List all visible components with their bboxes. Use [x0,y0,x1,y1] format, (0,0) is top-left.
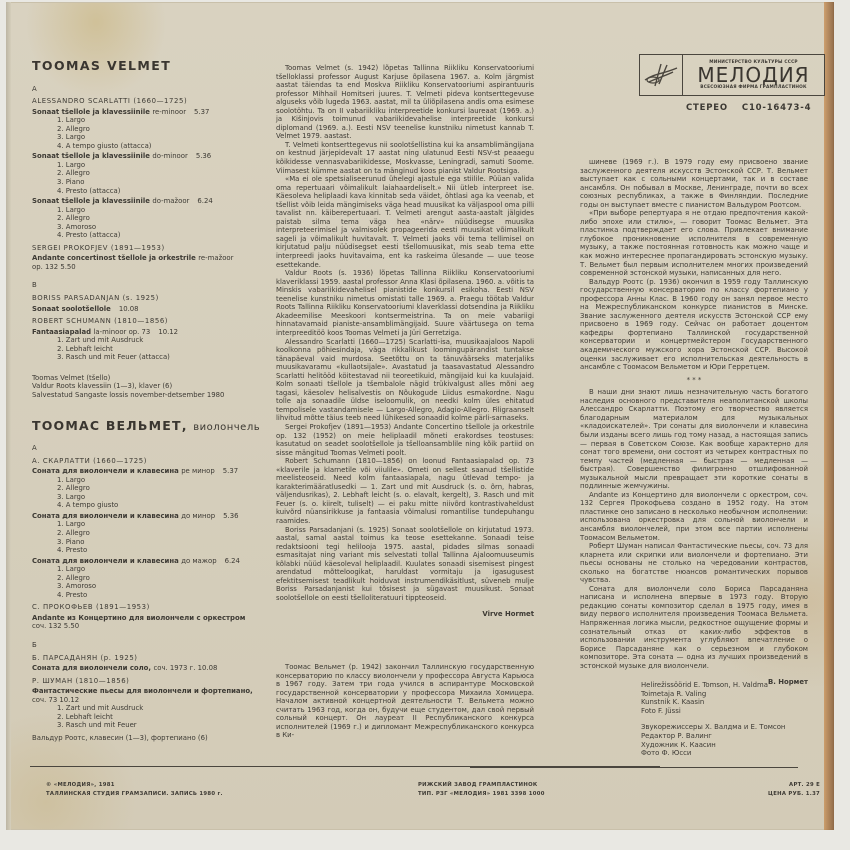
work-duration: 5.36 [196,152,211,160]
work-duration: 5.36 [223,512,238,520]
tech-credit: Редактор Р. Валинг [641,732,785,741]
movement-list: 1. Largo2. Allegro3. Largo4. A tempo giu… [57,116,272,150]
tech-credit: Художник К. Каасин [641,741,785,750]
notes-paragraph: Toomas Velmet (s. 1942) lõpetas Tallinna… [276,64,534,141]
production-credits: Helirežissöörid E. Tomson, H. ValdmaToim… [641,681,785,766]
liner-notes-estonian: Toomas Velmet (s. 1942) lõpetas Tallinna… [276,64,534,740]
movement: 1. Largo [57,161,272,170]
estonian-title: TOOMAS VELMET [32,62,272,71]
composer-scarlatti-ru: А. СКАРЛАТТИ (1660—1725) [32,457,272,466]
footer-plant: РИЖСКИЙ ЗАВОД ГРАМПЛАСТИНОКТИП. РЗГ «МЕЛ… [418,781,545,799]
footer-divider-right [470,767,798,768]
work-name: Sonaat tšellole ja klavessiinile [32,152,152,160]
estonian-scarlatti-works: Sonaat tšellole ja klavessiinile re-mino… [32,108,272,240]
work-key: do-mažoor [152,197,189,205]
work-key: do-minoor [152,152,187,160]
composer-parsadanjan-ru: Б. ПАРСАДАНЯН (р. 1925) [32,654,272,663]
movement: 1. Largo [57,520,272,529]
sleeve-left-edge [6,2,11,830]
movement: 2. Allegro [57,529,272,538]
notes-paragraph: Valdur Roots (s. 1936) lõpetas Tallinna … [276,269,534,337]
notes-paragraph: Boriss Parsadanjani (s. 1925) Sonaat soo… [276,526,534,603]
notes-paragraph: Andante из Концертино для виолончели с о… [580,491,808,542]
catalog-number: С10-16473-4 [742,103,811,113]
work-schumann: Fantaasiapalad la-minoor op. 7310.12 [32,328,272,337]
tech-credit: Foto F. Jüssi [641,707,785,716]
movement: 4. Presto (attacca) [57,231,272,240]
work-title: Sonaat tšellole ja klavessiinile do-mažo… [32,197,272,206]
movement: 2. Lebhaft leicht [57,713,272,722]
footer-line: АРТ. 29 Е [768,781,820,790]
movement: 2. Allegro [57,125,272,134]
company-text: ВСЕСОЮЗНАЯ ФИРМА ГРАМПЛАСТИНОК [700,85,807,90]
movement: 1. Zart und mit Ausdruck [57,336,272,345]
work-name: Соната для виолончели и клавесина [32,467,181,475]
work-schumann-ru: Фантастические пьесы для виолончели и фо… [32,687,272,696]
composer-prokofjev-ru: С. ПРОКОФЬЕВ (1891—1953) [32,603,272,612]
footer-line: © «МЕЛОДИЯ», 1981 [46,781,223,790]
melodiya-bird-icon [640,55,683,95]
work-title: Соната для виолончели и клавесина ре мин… [32,467,272,476]
catalog-info: СТЕРЕОС10-16473-4 [686,103,811,113]
work-title: Соната для виолончели и клавесина до маж… [32,557,272,566]
notes-paragraph: Sergei Prokofjev (1891—1953) Andante Con… [276,423,534,457]
notes-paragraph: «Ma ei ole spetsialiseerunud ühelegi aja… [276,175,534,269]
side-a-label: A [32,85,272,94]
notes-paragraph: Роберт Шуман написал Фантастические пьес… [580,542,808,585]
side-b-label: B [32,281,272,290]
tech-credit: Toimetaja R. Valing [641,690,785,699]
track-listing: TOOMAS VELMET A ALESSANDRO SCARLATTI (16… [32,62,272,742]
work-duration: 6.24 [225,557,240,565]
movement: 1. Largo [57,565,272,574]
notes-paragraph: Robert Schumann (1810—1856) on loonud Fa… [276,457,534,525]
work-name: Соната для виолончели и клавесина [32,512,181,520]
movement: 4. A tempo giusto (attacca) [57,142,272,151]
tech-credit: Helirežissöörid E. Tomson, H. Valdma [641,681,785,690]
movement: 1. Largo [57,116,272,125]
movement: 4. Presto [57,546,272,555]
performer-credits: Toomas Velmet (tšello)Valdur Roots klave… [32,374,272,400]
performer-credits-ru: Вальдур Роотс, клавесин (1—3), фортепиан… [32,734,272,743]
footer-line: ЦЕНА РУБ. 1.37 [768,790,820,799]
work-duration: 5.37 [194,108,209,116]
notes-paragraph: В наши дни знают лишь незначительную час… [580,388,808,491]
movement: 4. Presto [57,591,272,600]
credit-line: Toomas Velmet (tšello) [32,374,272,383]
work-key: re-minoor [152,108,186,116]
work-key: до мажор [181,557,216,565]
credit-line: Salvestatud Sangaste lossis november-det… [32,391,272,400]
work-parsadanjan-ru: Соната для виолончели соло, соч. 1973 г.… [32,664,272,673]
notes-author: Virve Hormet [276,610,534,619]
russian-bio-paragraph: Тоомас Вельмет (р. 1942) закончил Таллин… [276,663,534,740]
work-key: до минор [181,512,215,520]
russian-title: ТООМАС ВЕЛЬМЕТ, виолончель [32,422,272,433]
work-parsadanjan: Sonaat soolotšellole10.08 [32,305,272,314]
movement: 2. Allegro [57,484,272,493]
credit-line: Valdur Roots klavessiin (1—3), klaver (6… [32,382,272,391]
work-key: ре минор [181,467,215,475]
movement: 4. Presto (attacca) [57,187,272,196]
work-title: Соната для виолончели и клавесина до мин… [32,512,272,521]
notes-paragraph: Вальдур Роотс (р. 1936) окончил в 1959 г… [580,278,808,372]
section-separator: * * * [580,376,808,385]
footer-line: ТИП. РЗГ «МЕЛОДИЯ» 1981 3398 1000 [418,790,545,799]
brand-name: МЕЛОДИЯ [697,65,809,85]
movement: 3. Piano [57,178,272,187]
movement: 3. Largo [57,133,272,142]
footer-line: РИЖСКИЙ ЗАВОД ГРАМПЛАСТИНОК [418,781,545,790]
notes-paragraph: Соната для виолончели соло Бориса Парсад… [580,585,808,670]
movement: 3. Piano [57,538,272,547]
movement: 3. Rasch und mit Feuer (attacca) [57,353,272,362]
footer-line: ТАЛЛИНСКАЯ СТУДИЯ ГРАМЗАПИСИ. ЗАПИСЬ 198… [46,790,223,799]
melodiya-logo: МИНИСТЕРСТВО КУЛЬТУРЫ СССР МЕЛОДИЯ ВСЕСО… [639,54,825,96]
movement: 1. Zart und mit Ausdruck [57,704,272,713]
tech-credit: Фото Ф. Юсси [641,749,785,758]
movement: 2. Allegro [57,169,272,178]
notes-paragraph: Alessandro Scarlatti (1660—1725) Scarlat… [276,338,534,423]
composer-scarlatti: ALESSANDRO SCARLATTI (1660—1725) [32,97,272,106]
movement: 1. Largo [57,476,272,485]
movement: 2. Lebhaft leicht [57,345,272,354]
tech-credit: Звукорежиссеры Х. Валдма и Е. Томсон [641,723,785,732]
liner-notes-russian: шиневе (1969 г.). В 1979 году ему присво… [580,158,808,687]
credit-line: Вальдур Роотс, клавесин (1—3), фортепиан… [32,734,272,743]
footer-copyright: © «МЕЛОДИЯ», 1981ТАЛЛИНСКАЯ СТУДИЯ ГРАМЗ… [46,781,223,799]
movement-list: 1. Largo2. Allegro3. Piano4. Presto [57,520,272,554]
opus-prokofjev: op. 132 5.50 [32,263,272,272]
notes-paragraph: «При выборе репертуара я не отдаю предпо… [580,209,808,277]
schumann-movements-ru: 1. Zart und mit Ausdruck2. Lebhaft leich… [57,704,272,730]
notes-paragraph: T. Velmeti kontserttegevus nii soolotšel… [276,141,534,175]
composer-schumann-ru: Р. ШУМАН (1810—1856) [32,677,272,686]
movement: 3. Amoroso [57,223,272,232]
movement-list: 1. Largo2. Allegro3. Amoroso4. Presto (a… [57,206,272,240]
work-title: Sonaat tšellole ja klavessiinile do-mino… [32,152,272,161]
russian-scarlatti-works: Соната для виолончели и клавесина ре мин… [32,467,272,599]
work-name: Sonaat tšellole ja klavessiinile [32,108,152,116]
side-a-label-ru: А [32,444,272,453]
sleeve-right-edge [824,2,834,830]
opus-prokofjev-ru: соч. 132 5.50 [32,622,272,631]
composer-schumann: ROBERT SCHUMANN (1810—1856) [32,317,272,326]
opus-schumann-ru: соч. 73 10.12 [32,696,272,705]
composer-parsadanjan: BORISS PARSADANJAN (s. 1925) [32,294,272,303]
work-name: Соната для виолончели и клавесина [32,557,181,565]
work-name: Sonaat tšellole ja klavessiinile [32,197,152,205]
movement: 3. Rasch und mit Feuer [57,721,272,730]
movement: 2. Allegro [57,214,272,223]
composer-prokofjev: SERGEI PROKOFJEV (1891—1953) [32,244,272,253]
work-prokofjev-ru: Andante из Концертино для виолончели с о… [32,614,272,623]
work-title: Sonaat tšellole ja klavessiinile re-mino… [32,108,272,117]
work-prokofjev: Andante concertinost tšellole ja orkestr… [32,254,272,263]
notes-paragraph: шиневе (1969 г.). В 1979 году ему присво… [580,158,808,209]
work-duration: 5.37 [223,467,238,475]
movement: 3. Amoroso [57,582,272,591]
format-label: СТЕРЕО [686,103,728,113]
side-b-label-ru: Б [32,641,272,650]
movement: 2. Allegro [57,574,272,583]
footer-price: АРТ. 29 ЕЦЕНА РУБ. 1.37 [768,781,820,799]
movement-list: 1. Largo2. Allegro3. Amoroso4. Presto [57,565,272,599]
movement: 4. A tempo giusto [57,501,272,510]
movement-list: 1. Largo2. Allegro3. Piano4. Presto (att… [57,161,272,195]
movement: 3. Largo [57,493,272,502]
movement-list: 1. Largo2. Allegro3. Largo4. A tempo giu… [57,476,272,510]
schumann-movements: 1. Zart und mit Ausdruck2. Lebhaft leich… [57,336,272,362]
work-duration: 6.24 [197,197,212,205]
movement: 1. Largo [57,206,272,215]
tech-credit: Kunstnik K. Kaasin [641,698,785,707]
